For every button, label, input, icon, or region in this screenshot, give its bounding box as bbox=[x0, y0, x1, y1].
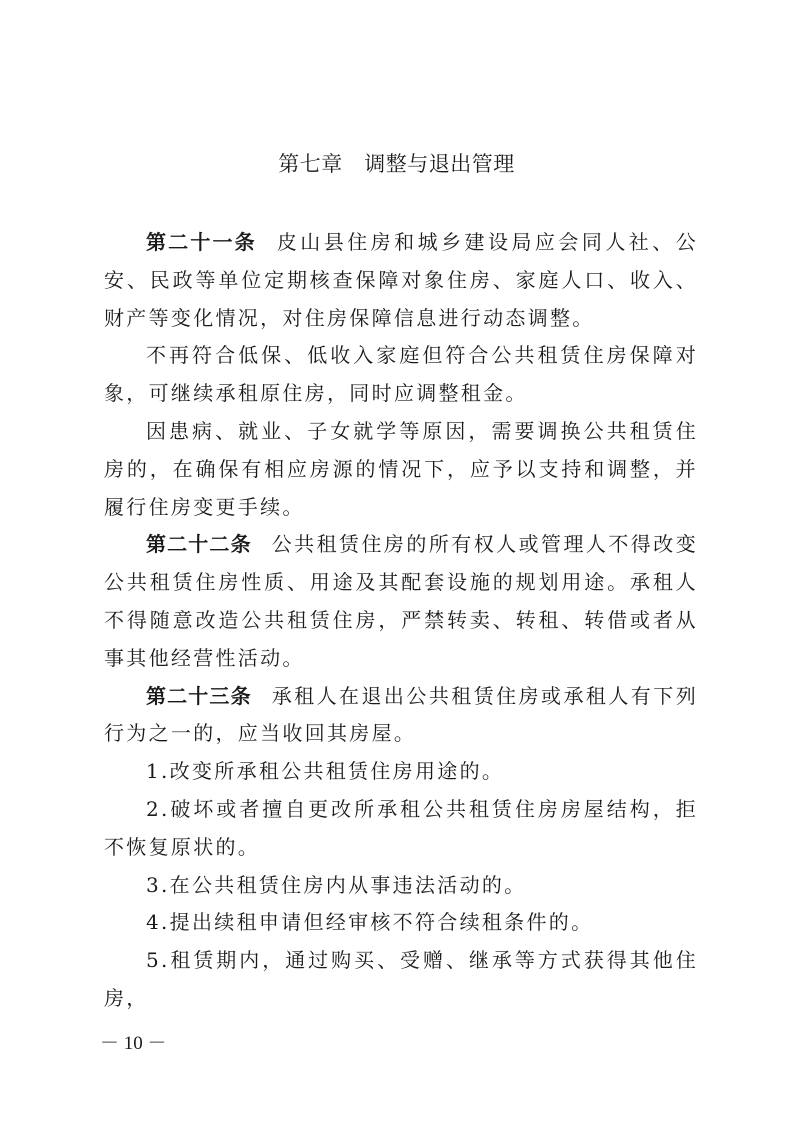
article-23-paragraph-1: 第二十三条承租人在退出公共租赁住房或承租人有下列行为之一的，应当收回其房屋。 bbox=[104, 678, 698, 754]
article-23-item-2: 2.破坏或者擅自更改所承租公共租赁住房房屋结构，拒不恢复原状的。 bbox=[104, 791, 698, 867]
article-23-item-4: 4.提出续租申请但经审核不符合续租条件的。 bbox=[104, 904, 698, 942]
article-22-number: 第二十二条 bbox=[146, 532, 252, 556]
article-22-paragraph-1: 第二十二条公共租赁住房的所有权人或管理人不得改变公共租赁住房性质、用途及其配套设… bbox=[104, 526, 698, 677]
article-23-item-5: 5.租赁期内，通过购买、受赠、继承等方式获得其他住房， bbox=[104, 942, 698, 1018]
article-21-paragraph-2: 不再符合低保、低收入家庭但符合公共租赁住房保障对象，可继续承租原住房，同时应调整… bbox=[104, 337, 698, 413]
article-23-item-3: 3.在公共租赁住房内从事违法活动的。 bbox=[104, 867, 698, 905]
article-23-number: 第二十三条 bbox=[146, 684, 252, 708]
page-number: － 10 － bbox=[100, 1028, 167, 1055]
chapter-title: 第七章 调整与退出管理 bbox=[0, 148, 793, 178]
article-21-paragraph-3: 因患病、就业、子女就学等原因，需要调换公共租赁住房的，在确保有相应房源的情况下，… bbox=[104, 413, 698, 526]
document-page: 第七章 调整与退出管理 第二十一条皮山县住房和城乡建设局应会同人社、公安、民政等… bbox=[0, 0, 793, 1122]
article-21-paragraph-1: 第二十一条皮山县住房和城乡建设局应会同人社、公安、民政等单位定期核查保障对象住房… bbox=[104, 224, 698, 337]
article-23-item-1: 1.改变所承租公共租赁住房用途的。 bbox=[104, 753, 698, 791]
document-body: 第二十一条皮山县住房和城乡建设局应会同人社、公安、民政等单位定期核查保障对象住房… bbox=[104, 224, 698, 1018]
article-21-number: 第二十一条 bbox=[146, 230, 257, 254]
